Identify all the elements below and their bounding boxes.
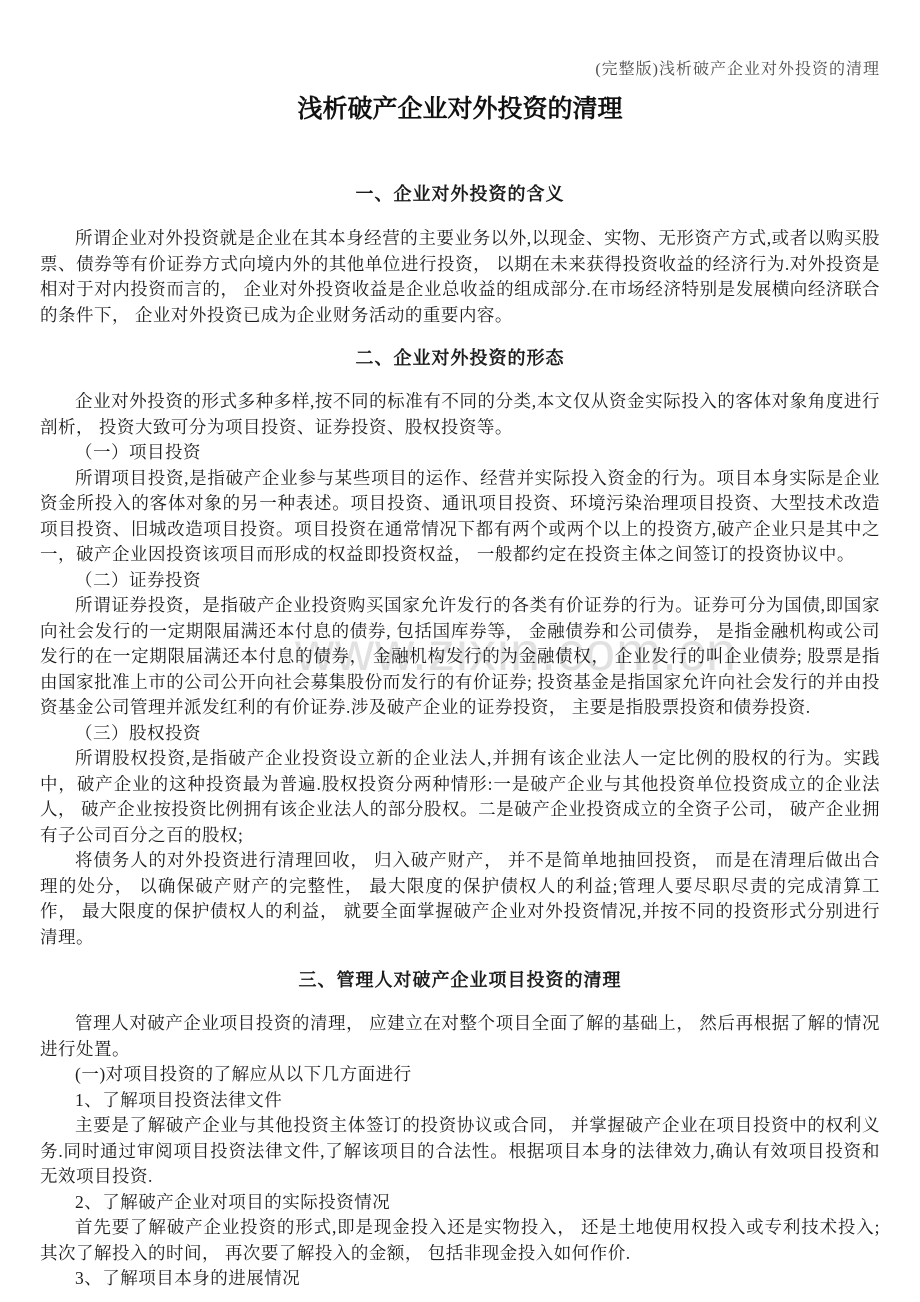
document-content: (完整版)浅析破产企业对外投资的清理 浅析破产企业对外投资的清理 一、企业对外投… [40,62,880,1292]
section-heading-1: 一、企业对外投资的含义 [40,180,880,208]
subheading-item: 3、了解项目本身的进展情况 [40,1266,880,1292]
subheading-item: （二）证券投资 [40,568,880,594]
document-page: www.zixin.com.cn (完整版)浅析破产企业对外投资的清理 浅析破产… [0,0,920,1292]
paragraph: 管理人对破产企业项目投资的清理， 应建立在对整个项目全面了解的基础上， 然后再根… [40,1011,880,1062]
paragraph: 将债务人的对外投资进行清理回收， 归入破产财产， 并不是简单地抽回投资， 而是在… [40,848,880,950]
paragraph: 所谓股权投资,是指破产企业投资设立新的企业法人,并拥有该企业法人一定比例的股权的… [40,746,880,848]
section-heading-2: 二、企业对外投资的形态 [40,344,880,372]
paragraph: 所谓项目投资,是指破产企业参与某些项目的运作、经营并实际投入资金的行为。项目本身… [40,466,880,568]
subheading-item: （一）项目投资 [40,440,880,466]
paragraph: 主要是了解破产企业与其他投资主体签订的投资协议或合同， 并掌握破产企业在项目投资… [40,1113,880,1190]
subheading-item: （三）股权投资 [40,721,880,747]
subheading-item: 1、了解项目投资法律文件 [40,1088,880,1114]
paragraph: 首先要了解破产企业投资的形式,即是现金投入还是实物投入， 还是土地使用权投入或专… [40,1215,880,1266]
paragraph: 企业对外投资的形式多种多样,按不同的标准有不同的分类,本文仅从资金实际投入的客体… [40,389,880,440]
subheading-item: (一)对项目投资的了解应从以下几方面进行 [40,1062,880,1088]
page-header-note: (完整版)浅析破产企业对外投资的清理 [40,62,880,78]
paragraph: 所谓证券投资，是指破产企业投资购买国家允许发行的各类有价证券的行为。证券可分为国… [40,593,880,721]
subheading-item: 2、了解破产企业对项目的实际投资情况 [40,1190,880,1216]
document-title: 浅析破产企业对外投资的清理 [40,92,880,126]
paragraph: 所谓企业对外投资就是企业在其本身经营的主要业务以外,以现金、实物、无形资产方式,… [40,226,880,328]
section-heading-3: 三、管理人对破产企业项目投资的清理 [40,966,880,994]
